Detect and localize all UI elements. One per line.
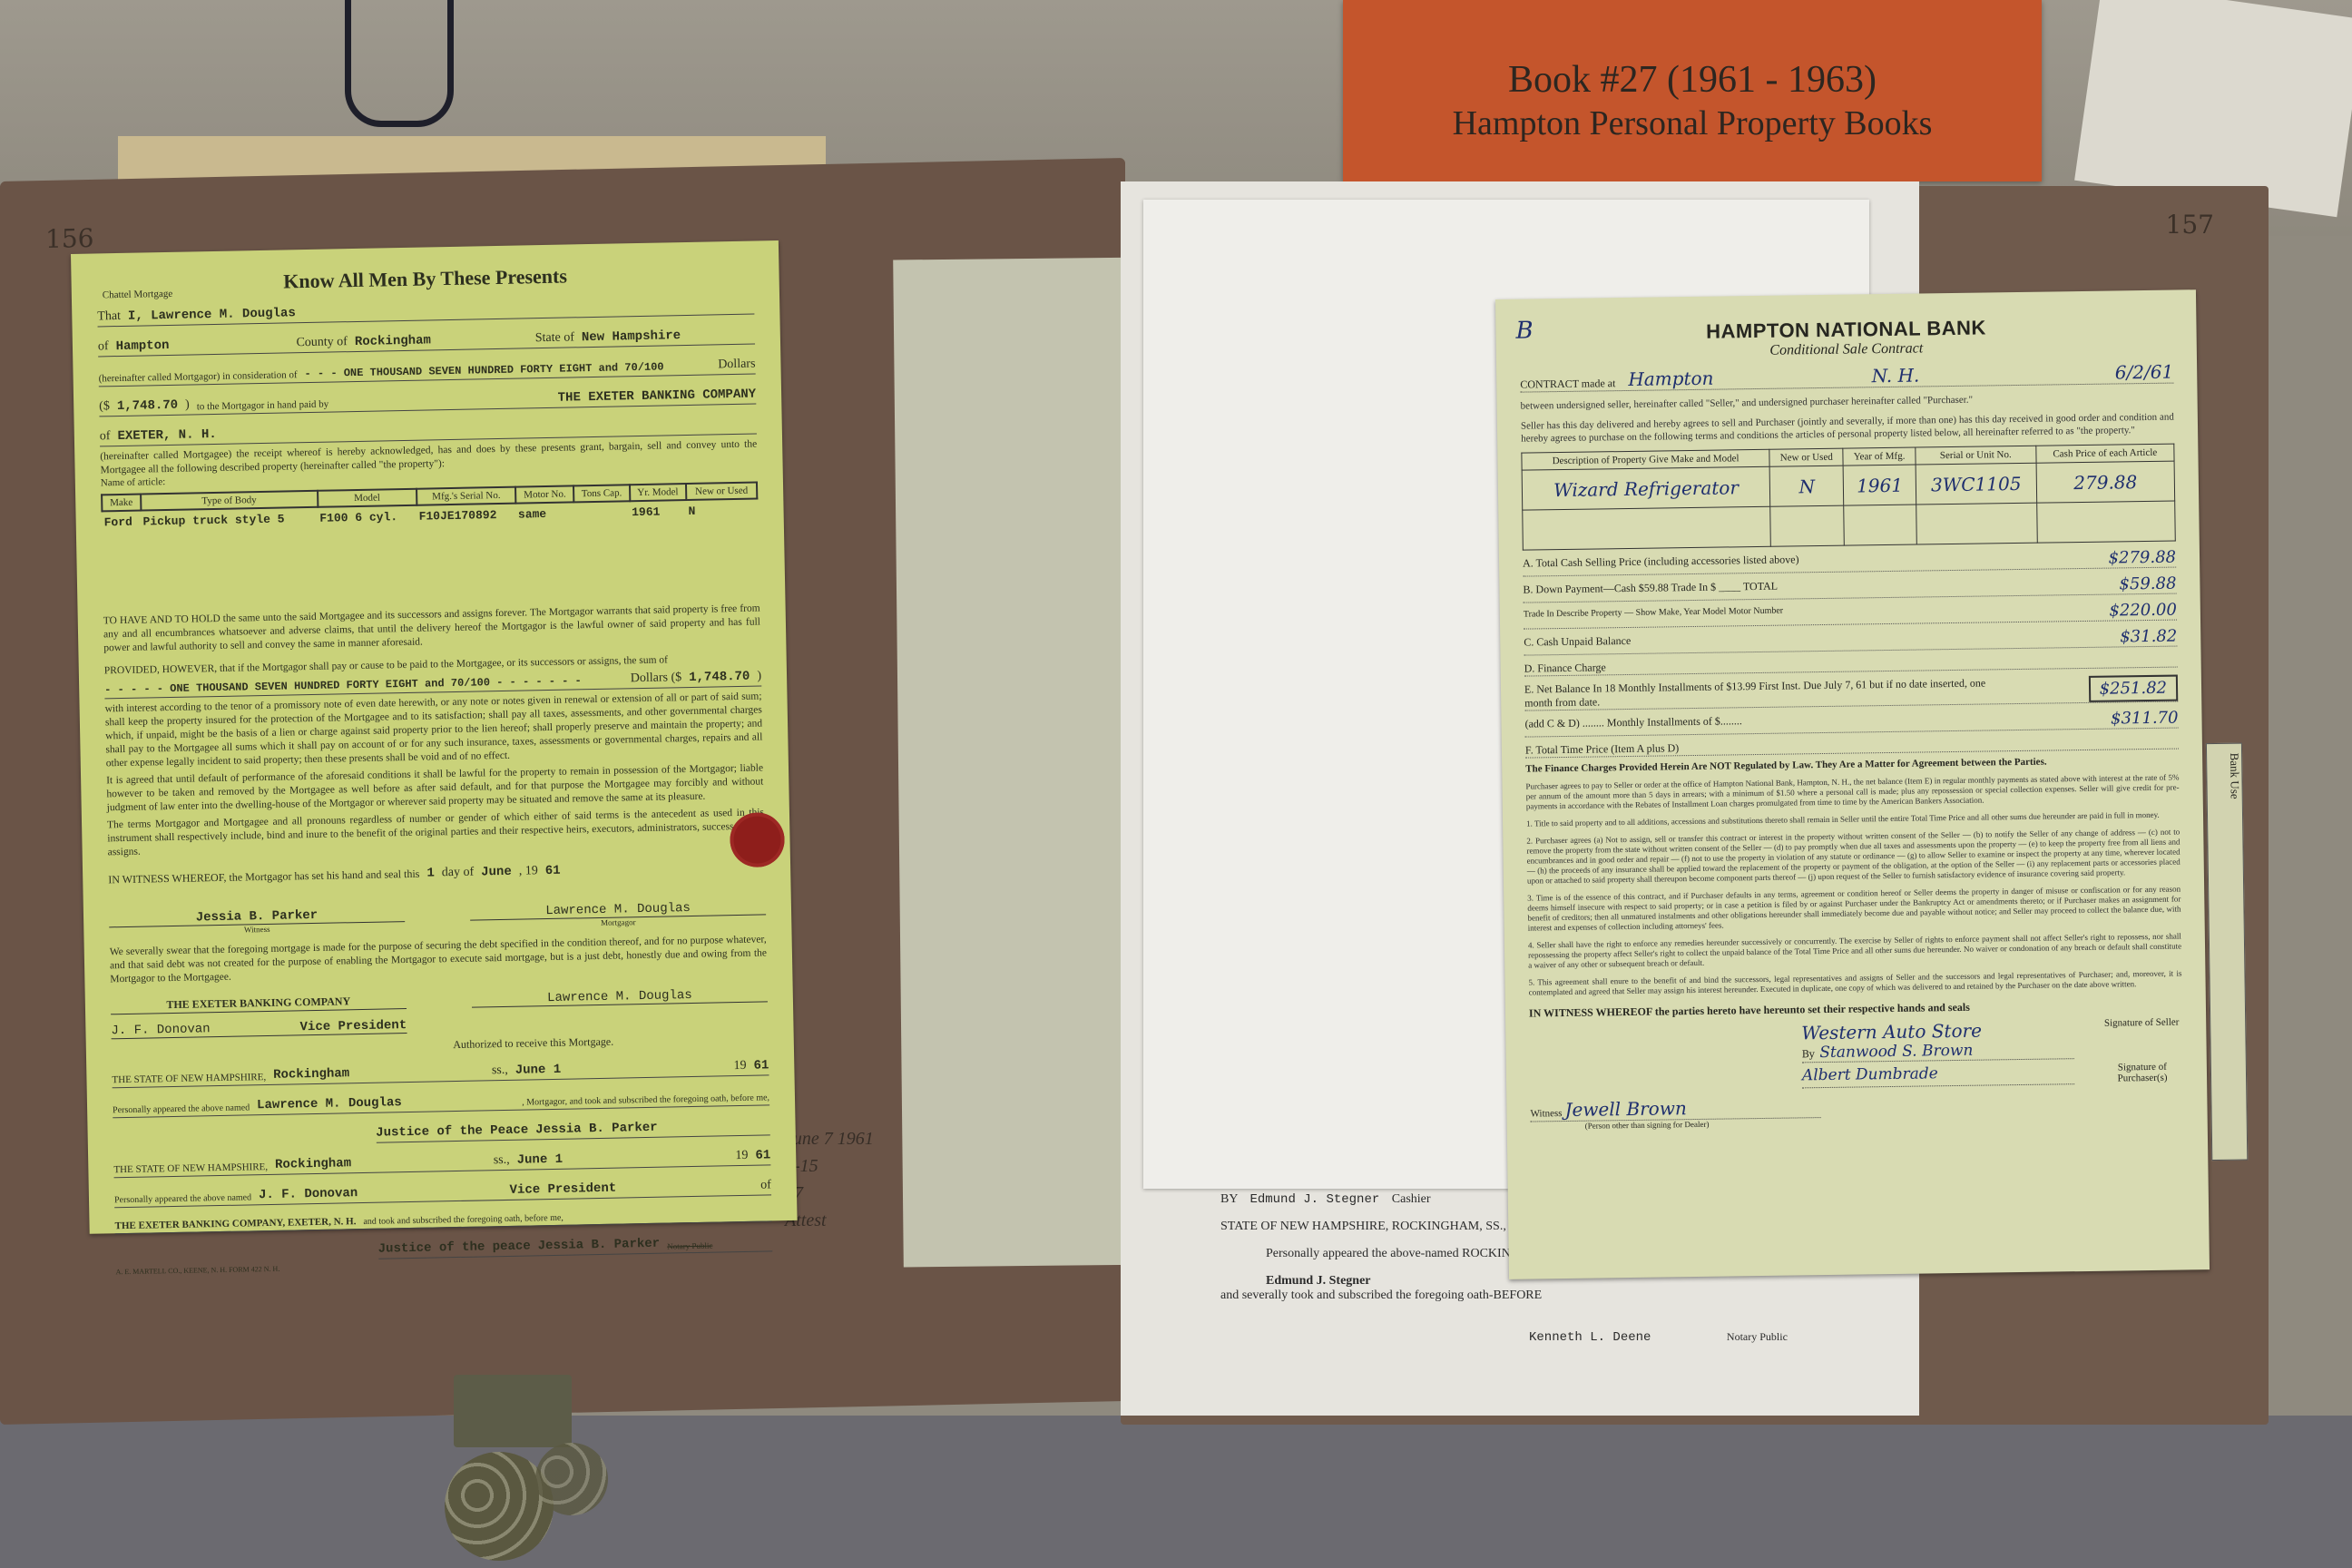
purchaser-signature: Albert Dumbrade	[1802, 1063, 2074, 1088]
wax-seal	[730, 812, 785, 867]
line-d: D. Finance Charge	[1524, 653, 2178, 677]
bank-location: EXETER, N. H.	[117, 427, 217, 444]
note-line: June 7 1961	[785, 1125, 903, 1152]
label: CONTRACT made at	[1520, 377, 1615, 391]
witness-clause: IN WITNESS WHEREOF the parties hereto ha…	[1529, 998, 2182, 1021]
line-c: C. Cash Unpaid Balance$31.82	[1524, 627, 2177, 656]
label: (hereinafter called Mortgagor) in consid…	[99, 369, 298, 384]
cell-new-used: N	[1769, 465, 1844, 506]
property-table: Make Type of Body Model Mfg.'s Serial No…	[101, 482, 759, 534]
borrower-name: I, Lawrence M. Douglas	[128, 306, 296, 324]
jp-title: Justice of the Peace	[376, 1122, 528, 1140]
clause-3: 3. Time is of the essence of this contra…	[1527, 885, 2181, 934]
property-table: Description of Property Give Make and Mo…	[1521, 444, 2175, 551]
year: 61	[755, 1148, 770, 1162]
cell-description: Wizard Refrigerator	[1522, 466, 1770, 510]
appeared-title: Vice President	[509, 1179, 753, 1198]
jp-title: Justice of the peace	[378, 1239, 531, 1256]
terms-paragraph: The terms Mortgagor and Mortgagee and al…	[107, 806, 765, 859]
date: June 1	[517, 1149, 729, 1167]
col-header: Make	[102, 495, 141, 512]
background-paper	[2074, 0, 2352, 217]
label: THE STATE OF NEW HAMPSHIRE,	[113, 1161, 268, 1175]
between-text: between undersigned seller, hereinafter …	[1521, 391, 2174, 413]
appeared-name: J. F. Donovan	[259, 1183, 503, 1202]
cashier-name: Edmund J. Stegner	[1249, 1192, 1379, 1207]
witness-clause: IN WITNESS WHEREOF, the Mortgagor has se…	[108, 867, 419, 887]
officer-title: Vice President	[299, 1018, 407, 1034]
cell-make: Ford	[102, 511, 141, 534]
label: Witness	[1530, 1108, 1562, 1119]
line-b: B. Down Payment—Cash $59.88 Trade In $ _…	[1523, 574, 2176, 603]
appeared-line-2: Personally appeared the above named J. F…	[114, 1178, 771, 1208]
seller-signature: Western Auto Store By Stanwood S. Brown	[1801, 1018, 2074, 1063]
col-header: Motor No.	[515, 485, 573, 503]
chattel-mortgage-form: Chattel Mortgage Know All Men By These P…	[71, 240, 798, 1234]
notary-title: Notary Public	[1727, 1330, 1788, 1343]
cashier-title: Cashier	[1392, 1192, 1431, 1206]
cell-new-used: N	[686, 499, 757, 522]
col-header: New or Used	[1769, 448, 1843, 466]
borrower-line: That I, Lawrence M. Douglas	[97, 298, 754, 328]
oath-line: and severally took and subscribed the fo…	[1220, 1289, 1928, 1303]
oath-paragraph: We severally swear that the foregoing mo…	[110, 933, 768, 986]
cell-price: 279.88	[2036, 461, 2175, 503]
bank-signature-row: THE EXETER BANKING COMPANY Lawrence M. D…	[111, 986, 768, 1014]
line-trade: Trade In Describe Property — Show Make, …	[1524, 601, 2177, 630]
amount-b: $59.88	[2119, 574, 2176, 594]
struck-notary: Notary Public	[667, 1241, 712, 1251]
jp-name: Jessia B. Parker	[538, 1237, 661, 1254]
agreed-paragraph: It is agreed that until default of perfo…	[106, 761, 764, 815]
seller-caption: Signature of Seller	[2101, 1017, 2183, 1059]
conditional-sale-contract: B HAMPTON NATIONAL BANK Conditional Sale…	[1495, 289, 2210, 1279]
year: 61	[753, 1058, 769, 1073]
decorative-disc	[535, 1443, 608, 1515]
cell-serial: 3WC1105	[1916, 463, 2037, 505]
jp-name: Jessia B. Parker	[535, 1121, 658, 1138]
seller-agent: Stanwood S. Brown	[1819, 1042, 1973, 1062]
mortgagor-name: Lawrence M. Douglas	[545, 901, 691, 918]
witness-month: June	[481, 865, 512, 880]
col-header: Model	[318, 489, 417, 507]
amount-trade: $220.00	[2109, 601, 2177, 621]
handwritten-mark: B	[1515, 317, 1534, 344]
purchaser-caption: Signature of Purchaser(s)	[2102, 1062, 2183, 1084]
book-label-card: Book #27 (1961 - 1963) Hampton Personal …	[1343, 0, 2042, 181]
notary-line: Kenneth L. Deene Notary Public	[1529, 1330, 1928, 1345]
town: Hampton	[115, 336, 289, 354]
state-line-2: THE STATE OF NEW HAMPSHIRE, Rockingham s…	[113, 1148, 770, 1178]
line-f: F. Total Time Price (Item A plus D)	[1525, 735, 2179, 759]
label: E. Net Balance In 18 Monthly Installment…	[1524, 676, 1995, 710]
handwritten-notes: June 7 1961 9-15 27 Attest	[785, 1125, 903, 1261]
line-e2: (add C & D) ........ Monthly Installment…	[1524, 709, 2178, 738]
col-header: Mfg.'s Serial No.	[416, 487, 516, 505]
contract-state: N. H.	[1871, 362, 2102, 387]
paid-by-line: ($1,748.70) to the Mortgagor in hand pai…	[99, 387, 756, 417]
seller-signature-block: Western Auto Store By Stanwood S. Brown …	[1529, 1017, 2183, 1067]
label-line-1: Book #27 (1961 - 1963)	[1343, 58, 2042, 102]
bank-use-box: Bank Use	[2206, 743, 2248, 1161]
amount-f: $311.70	[2111, 709, 2179, 729]
cell-tons	[574, 501, 631, 524]
consideration-line: (hereinafter called Mortgagor) in consid…	[98, 358, 755, 387]
col-header: Serial or Unit No.	[1916, 446, 2036, 465]
col-header: Tons Cap.	[573, 485, 630, 502]
date: June 1	[515, 1059, 727, 1077]
bank-signature: THE EXETER BANKING COMPANY	[111, 994, 407, 1014]
witness-day: 1	[426, 866, 435, 880]
label: (add C & D) ........ Monthly Installment…	[1524, 714, 1742, 736]
desk-surface	[0, 1416, 2352, 1568]
county: Rockingham	[273, 1063, 485, 1082]
label: B. Down Payment—Cash $59.88 Trade In $ _…	[1523, 580, 1778, 603]
witness-name: Jessia B. Parker	[196, 908, 318, 926]
contract-date: 6/2/61	[2115, 361, 2174, 384]
label: to the Mortgagor in hand paid by	[197, 399, 329, 413]
state: New Hampshire	[582, 328, 755, 346]
line-e: E. Net Balance In 18 Monthly Installment…	[1524, 674, 2178, 711]
col-header: Year of Mfg.	[1843, 447, 1916, 465]
interest-paragraph: with interest according to the tenor of …	[104, 690, 762, 770]
regulated-notice: The Finance Charges Provided Herein Are …	[1525, 755, 2179, 775]
label: D. Finance Charge	[1524, 661, 1606, 675]
officer-line: J. F. Donovan Vice President	[111, 1018, 407, 1039]
cable	[345, 0, 454, 127]
label: Personally appeared the above named	[114, 1192, 251, 1205]
label: County of	[296, 335, 348, 350]
appeared-line-1: Personally appeared the above named Lawr…	[113, 1088, 769, 1118]
bank-name: THE EXETER BANKING COMPANY	[336, 387, 756, 410]
col-header: Cash Price of each Article	[2036, 444, 2174, 463]
line-a: A. Total Cash Selling Price (including a…	[1523, 548, 2176, 577]
amount: 1,748.70	[117, 398, 179, 414]
cell-body: Pickup truck style 5	[141, 507, 318, 533]
payment-paragraph: Purchaser agrees to pay to Seller or ord…	[1525, 773, 2179, 812]
label: , Mortgagor, and took and subscribed the…	[522, 1093, 769, 1107]
label: Dollars	[718, 358, 756, 373]
provided-amount: 1,748.70	[689, 670, 750, 685]
label: State of	[535, 330, 574, 346]
witness-clause-line: IN WITNESS WHEREOF, the Mortgagor has se…	[108, 859, 765, 888]
witness-signature: Jewell Brown	[1564, 1097, 1687, 1121]
label: THE STATE OF NEW HAMPSHIRE,	[112, 1072, 266, 1085]
cell-year: 1961	[630, 500, 687, 523]
amount-c: $31.82	[2120, 627, 2177, 647]
clause-5: 5. This agreement shall enure to the ben…	[1528, 969, 2181, 998]
notary-name: Kenneth L. Deene	[1529, 1330, 1651, 1345]
label-line-2: Hampton Personal Property Books	[1343, 102, 2042, 145]
cell-serial: F10JE170892	[416, 504, 516, 527]
col-header: New or Used	[686, 483, 757, 500]
county: Rockingham	[275, 1153, 486, 1171]
clause-1: 1. Title to said property and to all add…	[1526, 810, 2180, 829]
contract-made-line: CONTRACT made at Hampton N. H. 6/2/61	[1520, 361, 2173, 393]
amount-a: $279.88	[2108, 548, 2176, 568]
clause-2: 2. Purchaser agrees (a) Not to assign, s…	[1526, 828, 2180, 887]
amount-e: $251.82	[2088, 674, 2178, 701]
intro-text: Seller has this day delivered and hereby…	[1521, 411, 2174, 446]
form-kind: Chattel Mortgage	[103, 289, 173, 300]
table-row	[1523, 501, 2176, 550]
binder-clip	[454, 1375, 572, 1447]
location-line: of Hampton County of Rockingham State of…	[98, 328, 755, 358]
authorized-text: Authorized to receive this Mortgage.	[453, 1032, 769, 1052]
label: C. Cash Unpaid Balance	[1524, 634, 1631, 655]
note-line: Attest	[785, 1207, 903, 1234]
label: F. Total Time Price (Item A plus D)	[1525, 741, 1680, 757]
label: That	[97, 309, 121, 324]
label: Trade In Describe Property — Show Make, …	[1524, 606, 1784, 629]
left-page-number: 156	[45, 223, 93, 254]
mortgage-title: Know All Men By These Presents	[96, 261, 753, 298]
hold-paragraph: TO HAVE AND TO HOLD the same unto the sa…	[103, 602, 761, 655]
label: Personally appeared the above named	[113, 1102, 250, 1115]
label: A. Total Cash Selling Price (including a…	[1523, 553, 1799, 575]
cell-motor: same	[516, 502, 574, 524]
county: Rockingham	[355, 331, 528, 349]
label: and took and subscribed the foregoing oa…	[363, 1213, 563, 1227]
cell-year: 1961	[1844, 465, 1916, 505]
jp-line-1: Justice of the Peace Jessia B. Parker	[376, 1118, 770, 1142]
col-header: Yr. Model	[630, 484, 687, 501]
label: BY	[1220, 1192, 1238, 1206]
state-line-1: THE STATE OF NEW HAMPSHIRE, Rockingham s…	[112, 1058, 769, 1088]
officer-name: J. F. Donovan	[111, 1022, 211, 1038]
note-line: 9-15	[785, 1152, 903, 1180]
amount-words: - - - ONE THOUSAND SEVEN HUNDRED FORTY E…	[304, 359, 710, 380]
provided-amount-words: - - - - - ONE THOUSAND SEVEN HUNDRED FOR…	[104, 673, 623, 696]
appeared-name: Lawrence M. Douglas	[257, 1093, 514, 1112]
note-line: 27	[785, 1180, 903, 1207]
mortgagor-signature-2: Lawrence M. Douglas	[472, 986, 768, 1007]
label: By	[1802, 1048, 1815, 1060]
right-page-number: 157	[2166, 210, 2214, 240]
appeared-bank: THE EXETER BANKING COMPANY, EXETER, N. H…	[114, 1216, 356, 1231]
cell-model: F100 6 cyl.	[318, 505, 417, 529]
purchaser-signature-block: Albert Dumbrade Signature of Purchaser(s…	[1530, 1062, 2183, 1093]
clause-4: 4. Seller shall have the right to enforc…	[1528, 932, 2181, 971]
contract-city: Hampton	[1628, 365, 1859, 390]
witness-year: 61	[545, 864, 561, 878]
